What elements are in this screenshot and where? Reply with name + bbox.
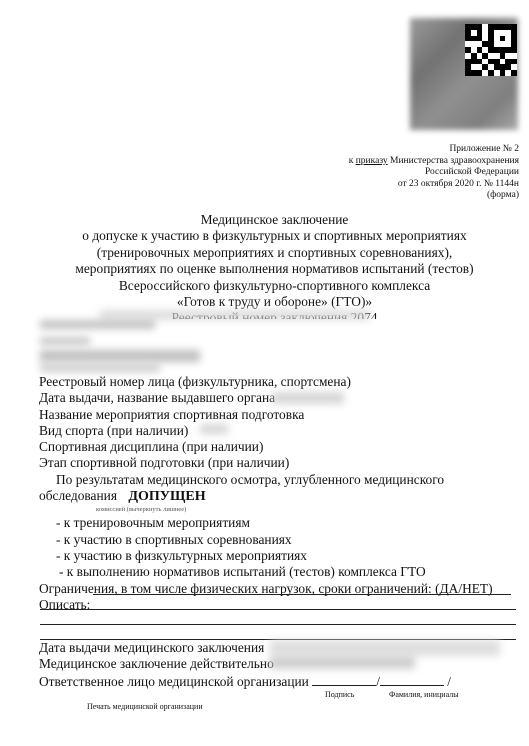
form-body: Реестровый номер лица (физкультурника, с… (39, 374, 493, 613)
redacted-issue-date (270, 640, 500, 656)
describe-line (40, 624, 516, 625)
appendix-line: от 23 октября 2020 г. № 1144н (349, 179, 519, 191)
admission-status: ДОПУЩЕН (128, 489, 205, 504)
appendix-line: Приложение № 2 (349, 144, 519, 156)
result-text-line2: обследования ДОПУЩЕН (39, 488, 493, 505)
qr-code (465, 24, 517, 76)
redacted-address (40, 350, 200, 362)
title-line: о допуске к участию в физкультурных и сп… (20, 228, 529, 244)
responsible-person-line: Ответственное лицо медицинской организац… (39, 673, 451, 690)
appendix-line: к приказу Министерства здравоохранения (349, 156, 519, 168)
name-caption: Фамилия, инициалы (389, 690, 459, 699)
describe-line (40, 609, 516, 610)
result-text-line1: По результатам медицинского осмотра, угл… (39, 472, 493, 488)
redacted-issue-org (272, 392, 344, 404)
commission-note: комиссией (вычеркнуть лишнее) (96, 505, 493, 515)
admission-item: - к тренировочным мероприятиям (39, 515, 493, 531)
document-title: Медицинское заключение о допуске к участ… (20, 212, 529, 319)
name-field[interactable] (380, 673, 444, 686)
field-issue-date-org: Дата выдачи, название выдавшего органа (39, 390, 493, 406)
redacted-registry-number (100, 310, 370, 320)
redacted-document (40, 364, 160, 372)
field-sport: Вид спорта (при наличии) (39, 423, 493, 439)
title-line: Всероссийского физкультурно-спортивного … (20, 278, 529, 294)
describe-label: Описать: (39, 597, 493, 613)
admission-item: - к выполнению нормативов испытаний (тес… (39, 564, 493, 580)
order-link[interactable]: приказу (356, 156, 388, 166)
admission-item: - к участию в физкультурных мероприятиях (39, 548, 493, 564)
field-registry-person: Реестровый номер лица (физкультурника, с… (39, 374, 493, 390)
appendix-reference: Приложение № 2к приказу Министерства здр… (349, 144, 519, 202)
field-discipline: Спортивная дисциплина (при наличии) (39, 439, 493, 455)
redacted-birthdate (40, 337, 90, 345)
title-line: (тренировочных мероприятиях и спортивных… (20, 245, 529, 261)
redacted-validity (270, 656, 415, 669)
redacted-name (40, 320, 155, 329)
describe-line (93, 594, 511, 595)
title-line: мероприятиях по оценке выполнения нормат… (20, 261, 529, 277)
admission-item: - к участию в спортивных соревнованиях (39, 532, 493, 548)
signature-caption: Подпись (325, 690, 354, 699)
title-line: Медицинское заключение (20, 212, 529, 228)
stamp-caption: Печать медицинской организации (87, 702, 203, 711)
signature-field[interactable] (312, 673, 376, 686)
field-event-name: Название мероприятия спортивная подготов… (39, 407, 493, 423)
appendix-line: (форма) (349, 190, 519, 202)
appendix-line: Российской Федерации (349, 167, 519, 179)
redacted-sport (200, 424, 228, 434)
field-stage: Этап спортивной подготовки (при наличии) (39, 455, 493, 471)
title-line: «Готов к труду и обороне» (ГТО)» (20, 294, 529, 310)
